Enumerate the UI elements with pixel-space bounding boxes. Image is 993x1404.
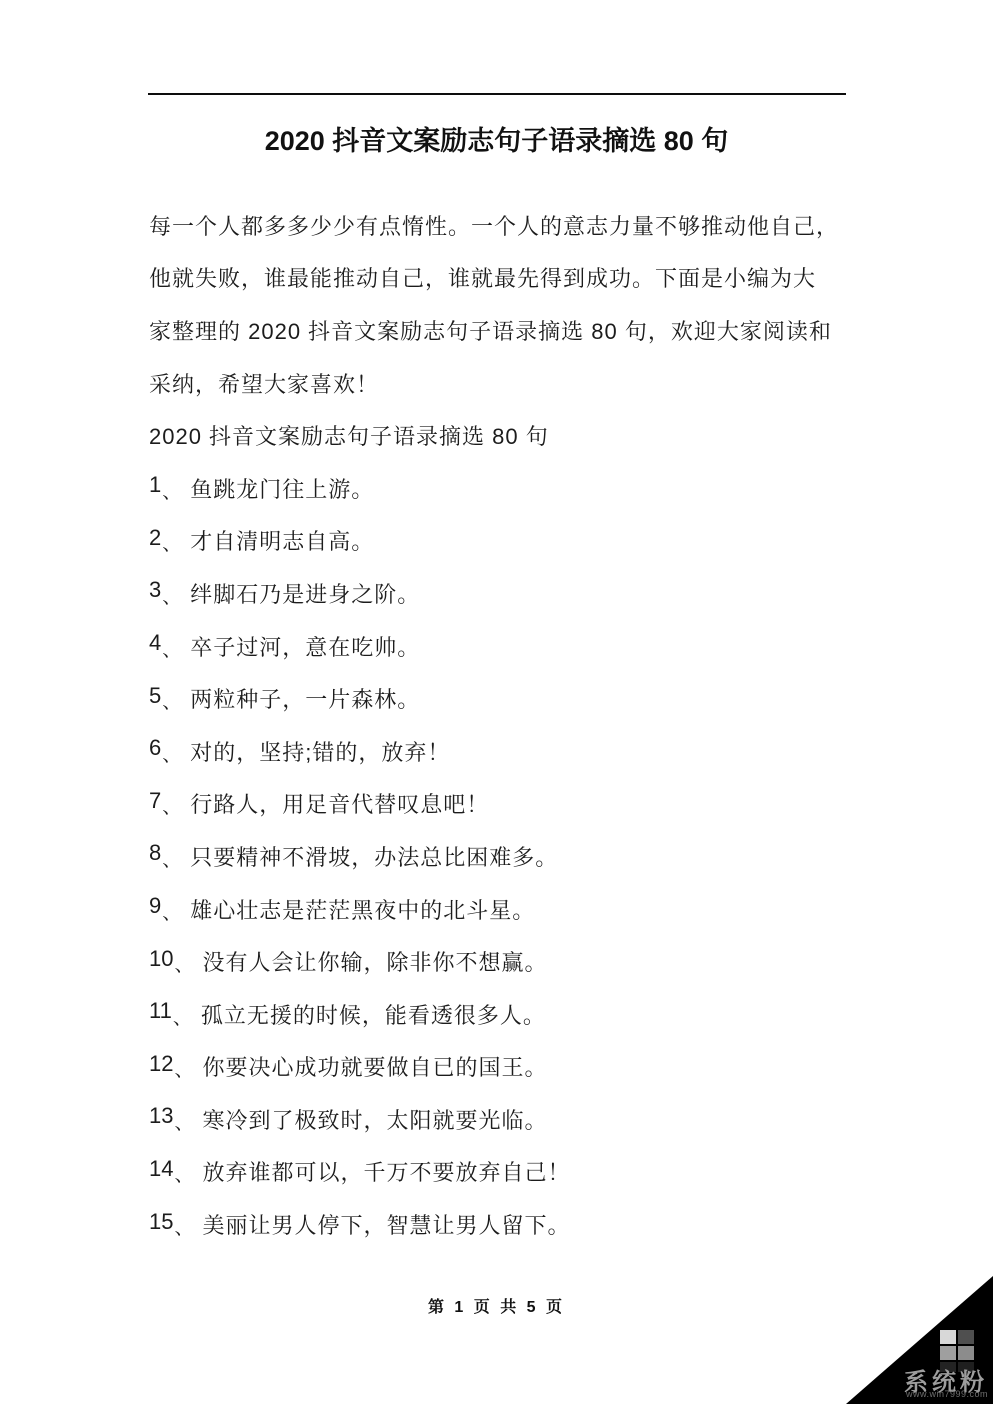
quote-separator: 、 (174, 950, 194, 977)
quote-text: 才自清明志自高。 (190, 525, 374, 556)
header-rule (148, 93, 846, 95)
quote-number: 13 (149, 1103, 173, 1129)
quote-separator: 、 (174, 1213, 194, 1240)
quote-separator: 、 (173, 1003, 193, 1030)
quote-separator: 、 (162, 529, 182, 556)
quote-separator: 、 (174, 1160, 194, 1187)
quote-item: 14、放弃谁都可以，千万不要放弃自己！ (149, 1146, 859, 1199)
intro-line: 家整理的 2020 抖音文案励志句子语录摘选 80 句，欢迎大家阅读和 (149, 304, 859, 357)
watermark-url-text: www.win7999.com (906, 1389, 988, 1399)
quote-number: 7 (149, 788, 161, 814)
logo-square (958, 1330, 974, 1344)
logo-square (940, 1330, 956, 1344)
quote-number: 14 (149, 1156, 173, 1182)
quote-separator: 、 (162, 687, 182, 714)
page-number-footer: 第 1 页 共 5 页 (0, 1294, 993, 1317)
quote-number: 10 (149, 946, 173, 972)
quote-text: 对的，坚持;错的，放弃！ (190, 736, 450, 767)
quote-number: 2 (149, 525, 161, 551)
quote-separator: 、 (174, 1055, 194, 1082)
quote-item: 11、孤立无援的时候，能看透很多人。 (149, 988, 859, 1041)
quote-text: 行路人，用足音代替叹息吧！ (190, 788, 489, 819)
quote-item: 8、只要精神不滑坡，办法总比困难多。 (149, 830, 859, 883)
quote-item: 15、美丽让男人停下，智慧让男人留下。 (149, 1198, 859, 1251)
intro-line: 他就失败，谁最能推动自己，谁就最先得到成功。下面是小编为大 (149, 252, 859, 305)
quote-number: 12 (149, 1051, 173, 1077)
quote-item: 4、卒子过河，意在吃帅。 (149, 620, 859, 673)
intro-line: 采纳，希望大家喜欢！ (149, 357, 859, 410)
quote-item: 10、没有人会让你输，除非你不想赢。 (149, 935, 859, 988)
quote-number: 8 (149, 840, 161, 866)
quote-text: 孤立无援的时候，能看透很多人。 (201, 999, 546, 1030)
quote-item: 6、对的，坚持;错的，放弃！ (149, 725, 859, 778)
logo-square (940, 1346, 956, 1360)
quote-number: 1 (149, 472, 161, 498)
quote-item: 7、行路人，用足音代替叹息吧！ (149, 778, 859, 831)
quote-number: 3 (149, 577, 161, 603)
quote-item: 5、两粒种子，一片森林。 (149, 672, 859, 725)
windows-logo-icon (940, 1330, 974, 1360)
quote-text: 鱼跳龙门往上游。 (190, 473, 374, 504)
document-body: 每一个人都多多少少有点惰性。一个人的意志力量不够推动他自己， 他就失败，谁最能推… (149, 199, 859, 1251)
quote-number: 6 (149, 735, 161, 761)
quote-separator: 、 (162, 845, 182, 872)
intro-line: 每一个人都多多少少有点惰性。一个人的意志力量不够推动他自己， (149, 199, 859, 252)
quote-text: 寒冷到了极致时，太阳就要光临。 (203, 1104, 548, 1135)
quote-separator: 、 (162, 898, 182, 925)
quote-item: 12、你要决心成功就要做自已的国王。 (149, 1041, 859, 1094)
quote-text: 放弃谁都可以，千万不要放弃自己！ (203, 1156, 571, 1187)
quote-separator: 、 (162, 477, 182, 504)
quote-item: 1、鱼跳龙门往上游。 (149, 462, 859, 515)
logo-square (958, 1346, 974, 1360)
quote-separator: 、 (162, 740, 182, 767)
quote-item: 13、寒冷到了极致时，太阳就要光临。 (149, 1093, 859, 1146)
list-subtitle: 2020 抖音文案励志句子语录摘选 80 句 (149, 409, 859, 462)
quote-number: 4 (149, 630, 161, 656)
quote-text: 卒子过河，意在吃帅。 (190, 631, 420, 662)
quote-text: 绊脚石乃是进身之阶。 (190, 578, 420, 609)
quote-text: 只要精神不滑坡，办法总比困难多。 (190, 841, 558, 872)
quote-text: 雄心壮志是茫茫黑夜中的北斗星。 (190, 894, 535, 925)
quote-text: 美丽让男人停下，智慧让男人留下。 (203, 1209, 571, 1240)
quote-number: 15 (149, 1209, 173, 1235)
quote-item: 3、绊脚石乃是进身之阶。 (149, 567, 859, 620)
quote-number: 5 (149, 683, 161, 709)
document-page: 2020 抖音文案励志句子语录摘选 80 句 每一个人都多多少少有点惰性。一个人… (0, 0, 993, 1404)
quote-separator: 、 (162, 635, 182, 662)
quote-text: 两粒种子，一片森林。 (190, 683, 420, 714)
quote-item: 9、雄心壮志是茫茫黑夜中的北斗星。 (149, 883, 859, 936)
quote-text: 没有人会让你输，除非你不想赢。 (203, 946, 548, 977)
quote-number: 11 (149, 998, 172, 1024)
quote-separator: 、 (174, 1108, 194, 1135)
document-title: 2020 抖音文案励志句子语录摘选 80 句 (0, 119, 993, 158)
quote-number: 9 (149, 893, 161, 919)
quote-item: 2、才自清明志自高。 (149, 515, 859, 568)
quote-text: 你要决心成功就要做自已的国王。 (203, 1051, 548, 1082)
quote-separator: 、 (162, 582, 182, 609)
quote-separator: 、 (162, 792, 182, 819)
